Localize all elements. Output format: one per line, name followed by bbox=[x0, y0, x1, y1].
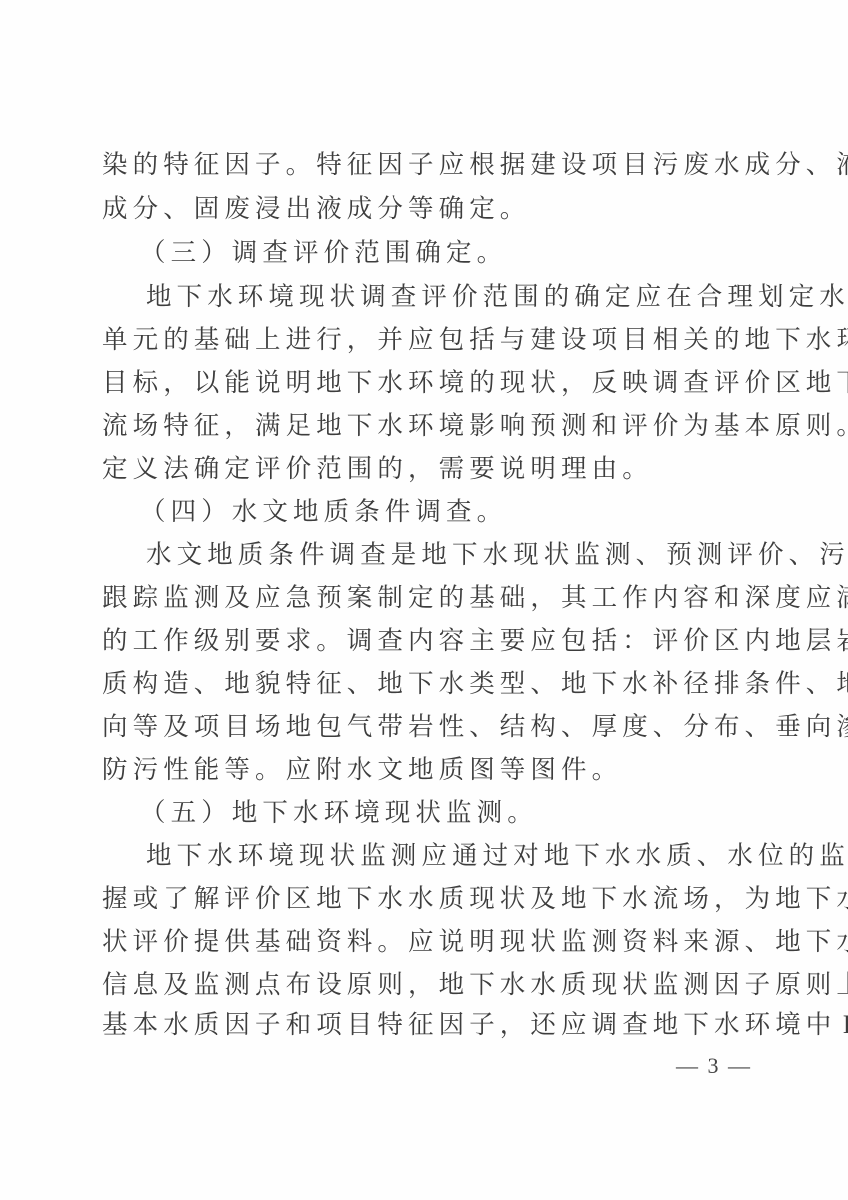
section-heading-4: （四）水文地质条件调查。 bbox=[140, 491, 790, 533]
paragraph-line: 防污性能等。应附水文地质图等图件。 bbox=[102, 749, 752, 791]
paragraph-line: 染的特征因子。特征因子应根据建设项目污废水成分、液体物料 bbox=[102, 144, 752, 186]
paragraph-line: 定义法确定评价范围的，需要说明理由。 bbox=[102, 448, 752, 490]
paragraph-line-last: 基本水质因子和项目特征因子，还应调查地下水环境中 K++Na+、 bbox=[102, 1004, 752, 1046]
paragraph-line: 水文地质条件调查是地下水现状监测、预测评价、污染防控、 bbox=[146, 534, 752, 576]
section-heading-5: （五）地下水环境现状监测。 bbox=[140, 792, 790, 834]
paragraph-line: 握或了解评价区地下水水质现状及地下水流场，为地下水环境现 bbox=[102, 878, 752, 920]
paragraph-line: 的工作级别要求。调查内容主要应包括：评价区内地层岩性、地 bbox=[102, 620, 752, 662]
page-number: — 3 — bbox=[676, 1050, 752, 1082]
paragraph-line: 状评价提供基础资料。应说明现状监测资料来源、地下水监测井 bbox=[102, 921, 752, 963]
paragraph-line: 地下水环境现状监测应通过对地下水水质、水位的监测，掌 bbox=[146, 835, 752, 877]
document-page: 染的特征因子。特征因子应根据建设项目污废水成分、液体物料 成分、固废浸出液成分等… bbox=[0, 0, 848, 1200]
paragraph-text: 基本水质因子和项目特征因子，还应调查地下水环境中 bbox=[102, 1010, 836, 1040]
potassium-symbol: K bbox=[843, 1010, 848, 1039]
section-heading-3: （三）调查评价范围确定。 bbox=[140, 232, 790, 274]
paragraph-line: 向等及项目场地包气带岩性、结构、厚度、分布、垂向渗透系数、 bbox=[102, 706, 752, 748]
paragraph-line: 信息及监测点布设原则，地下水水质现状监测因子原则上应包括 bbox=[102, 964, 752, 1006]
paragraph-line: 目标，以能说明地下水环境的现状，反映调查评价区地下水基本 bbox=[102, 362, 752, 404]
chemical-formula: K++Na+ bbox=[836, 1010, 848, 1039]
paragraph-line: 成分、固废浸出液成分等确定。 bbox=[102, 188, 752, 230]
paragraph-line: 质构造、地貌特征、地下水类型、地下水补径排条件、地下水流 bbox=[102, 663, 752, 705]
paragraph-line: 流场特征，满足地下水环境影响预测和评价为基本原则。采用自 bbox=[102, 405, 752, 447]
paragraph-line: 跟踪监测及应急预案制定的基础，其工作内容和深度应满足相应 bbox=[102, 577, 752, 619]
paragraph-line: 地下水环境现状调查评价范围的确定应在合理划定水文地质 bbox=[146, 276, 752, 318]
paragraph-line: 单元的基础上进行，并应包括与建设项目相关的地下水环境保护 bbox=[102, 319, 752, 361]
